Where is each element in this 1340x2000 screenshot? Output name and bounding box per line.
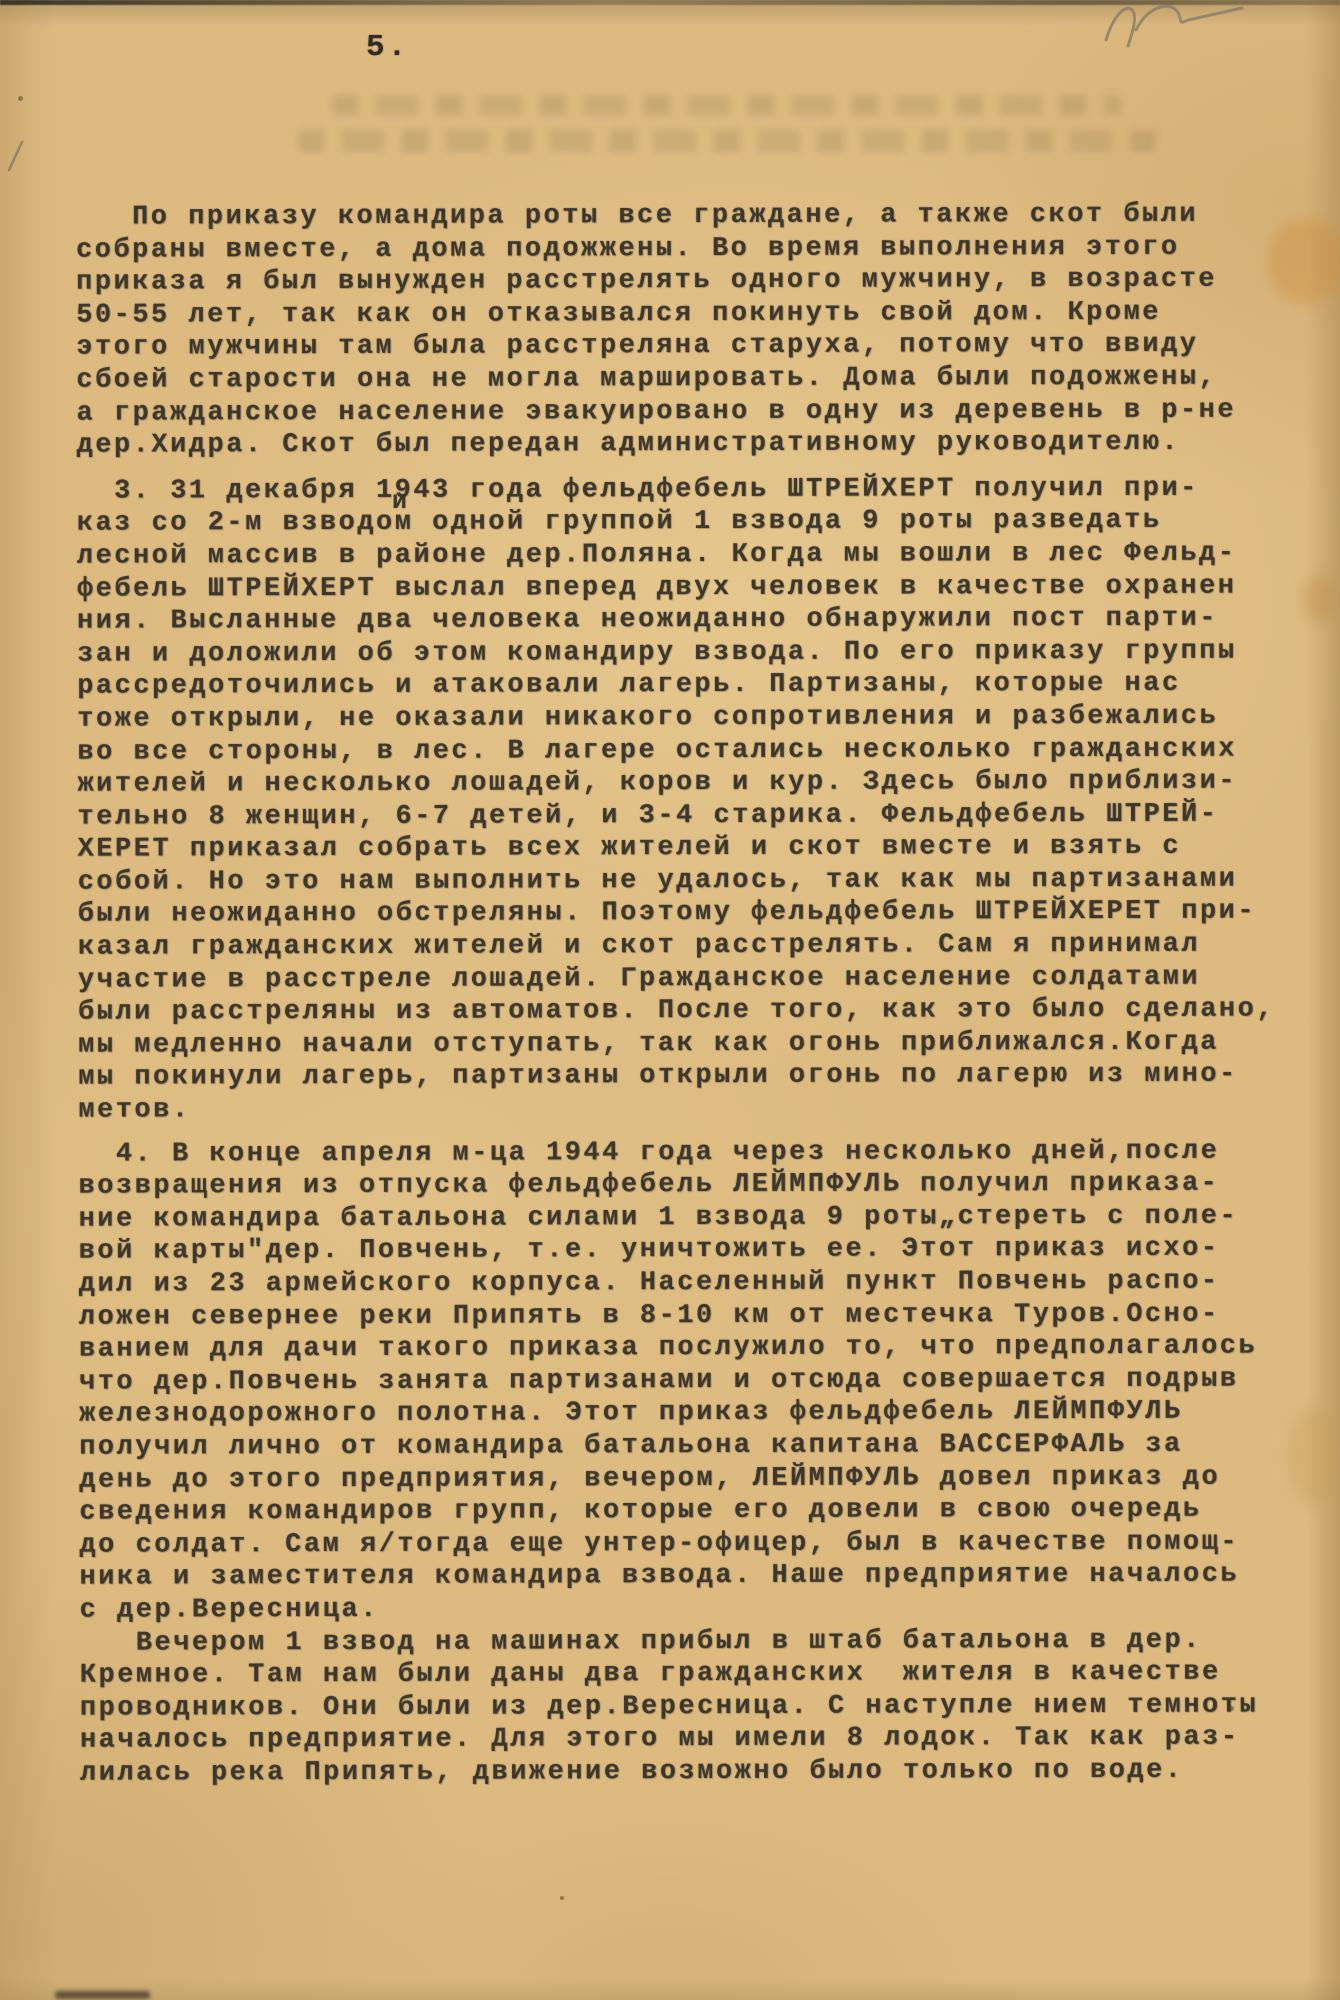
text-line: вой карты"дер. Повчень, т.е. уничтожить …: [79, 1233, 1340, 1269]
text-line: этого мужчины там была расстреляна стару…: [76, 329, 1338, 365]
paragraph: 4. В конце апреля м-ца 1944 года через н…: [78, 1135, 1340, 1627]
text-line: собой. Но это нам выполнить не удалось, …: [78, 863, 1340, 899]
text-line: тоже открыли, не оказали никакого сопрот…: [77, 700, 1339, 736]
text-line: фебель ШТРЕЙХЕРТ выслал вперед двух чело…: [77, 570, 1339, 606]
text-line: Вечером 1 взвод на машинах прибыл в штаб…: [80, 1624, 1340, 1660]
text-line: а гражданское население эвакуировано в о…: [76, 394, 1338, 430]
text-line: жителей и несколько лошадей, коров и кур…: [77, 765, 1339, 801]
text-line: тельно 8 женщин, 6-7 детей, и 3-4 старик…: [77, 798, 1339, 834]
text-line: метов.: [78, 1091, 1340, 1127]
text-line: ника и заместителя командира взвода. Наш…: [79, 1559, 1340, 1595]
paper-speck: [18, 96, 23, 101]
text-line: каз со 2-м взводом одной группой 1 взвод…: [77, 505, 1339, 541]
paper-speck: [560, 1896, 564, 1900]
text-line: получил лично от командира батальона кап…: [79, 1428, 1340, 1464]
page-number: 5.: [366, 30, 409, 65]
text-line: мы покинули лагерь, партизаны открыли ог…: [78, 1059, 1340, 1095]
text-line: ложен севернее реки Припять в 8-10 км от…: [79, 1298, 1340, 1334]
text-line: зан и доложили об этом командиру взвода.…: [77, 635, 1339, 671]
paragraph: Вечером 1 взвод на машинах прибыл в штаб…: [80, 1624, 1340, 1790]
text-line: лесной массив в районе дер.Поляна. Когда…: [77, 537, 1339, 573]
text-line: дил из 23 армейского корпуса. Населенный…: [79, 1265, 1340, 1301]
text-line: во все стороны, в лес. В лагере остались…: [77, 733, 1339, 769]
text-line: 3. 31 декабря 1943 года фельдфебель ШТРЕ…: [77, 472, 1339, 508]
text-line: мы медленно начали отступать, так как ог…: [78, 1026, 1340, 1062]
text-line: были неожиданно обстреляны. Поэтому фель…: [78, 896, 1340, 932]
text-line: ния. Высланные два человека неожиданно о…: [77, 602, 1339, 638]
text-line: проводников. Они были из дер.Вересница. …: [80, 1689, 1340, 1725]
text-line: сбоей старости она не могла маршировать.…: [76, 361, 1338, 397]
text-line: ХЕРЕТ приказал собрать всех жителей и ск…: [78, 831, 1340, 867]
text-line: были расстреляны из автоматов. После тог…: [78, 994, 1340, 1030]
text-line: Кремное. Там нам были даны два гражданск…: [80, 1656, 1340, 1692]
page-bottom-edge-mark: [55, 1991, 150, 1999]
text-line: до солдат. Сам я/тогда еще унтер-офицер,…: [79, 1526, 1340, 1562]
text-line: дер.Хидра. Скот был передан администрати…: [77, 427, 1339, 463]
ink-bleedthrough-band: [298, 130, 1166, 152]
text-line: казал гражданских жителей и скот расстре…: [78, 928, 1340, 964]
text-line: возвращения из отпуска фельдфебель ЛЕЙМП…: [78, 1168, 1340, 1204]
text-line: железнодорожного полотна. Этот приказ фе…: [79, 1396, 1340, 1432]
text-line: лилась река Припять, движение возможно б…: [80, 1754, 1340, 1790]
handwritten-pencil-mark: [1092, 0, 1302, 60]
text-line: рассредоточились и атаковали лагерь. Пар…: [77, 668, 1339, 704]
typewritten-text: По приказу командира роты все граждане, …: [76, 198, 1340, 1790]
text-line: приказа я был вынужден расстрелять одног…: [76, 264, 1338, 300]
text-line: началось предприятие. Для этого мы имели…: [80, 1722, 1340, 1758]
scanned-document-page: 5. По приказу командира роты все граждан…: [0, 0, 1340, 2000]
paragraph: По приказу командира роты все граждане, …: [76, 198, 1339, 462]
text-line: 4. В конце апреля м-ца 1944 года через н…: [78, 1135, 1340, 1171]
text-line: что дер.Повчень занята партизанами и отс…: [79, 1363, 1340, 1399]
text-line: собраны вместе, а дома подожжены. Во вре…: [76, 231, 1338, 267]
text-line: ванием для дачи такого приказа послужило…: [79, 1331, 1340, 1367]
text-line: По приказу командира роты все граждане, …: [76, 198, 1338, 234]
text-line: день до этого предприятия, вечером, ЛЕЙМ…: [79, 1461, 1340, 1497]
paragraph: 3. 31 декабря 1943 года фельдфебель ШТРЕ…: [77, 472, 1340, 1127]
text-line: участие в расстреле лошадей. Гражданское…: [78, 961, 1340, 997]
text-line: с дер.Вересница.: [80, 1591, 1340, 1627]
typed-insertion-char: и: [392, 487, 407, 516]
text-line: сведения командиров групп, которые его д…: [79, 1494, 1340, 1530]
margin-pencil-tick: [4, 138, 28, 174]
text-line: 50-55 лет, так как он отказывался покину…: [76, 296, 1338, 332]
text-line: ние командира батальона силами 1 взвода …: [79, 1200, 1340, 1236]
ink-bleedthrough-band: [332, 95, 1122, 115]
